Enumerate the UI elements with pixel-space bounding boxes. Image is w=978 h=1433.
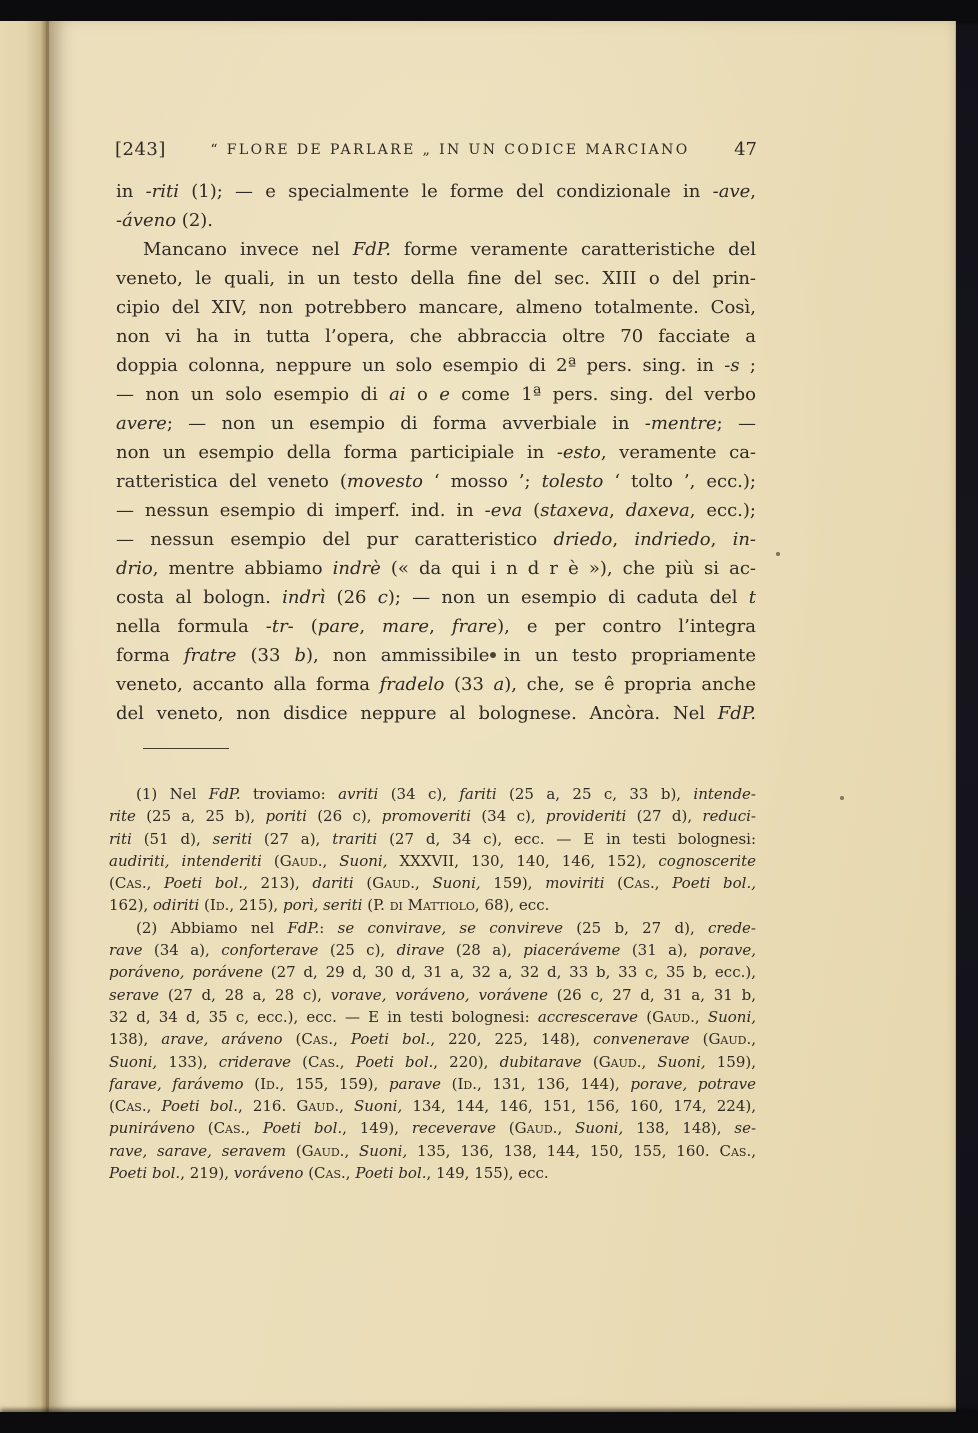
text-line: Suoni, 133), criderave (Cas., Poeti bol.…: [109, 1051, 756, 1073]
text-line: Mancano invece nel FdP. forme veramente …: [116, 235, 756, 264]
text-line: veneto, accanto alla forma fradelo (33 a…: [116, 670, 756, 699]
ink-spot: [490, 652, 496, 658]
ink-spot: [840, 796, 844, 800]
text-line: (2) Abbiamo nel FdP.: se convirave, se c…: [109, 917, 756, 939]
text-line: 138), arave, aráveno (Cas., Poeti bol., …: [109, 1028, 756, 1050]
text-line: 32 d, 34 d, 35 c, ecc.), ecc. — E in tes…: [109, 1006, 756, 1028]
footnotes: (1) Nel FdP. troviamo: avriti (34 c), fa…: [109, 783, 756, 1184]
text-line: avere; — non un esempio di forma avverbi…: [116, 409, 756, 438]
text-line: rave (34 a), conforterave (25 c), dirave…: [109, 939, 756, 961]
text-line: puniráveno (Cas., Poeti bol., 149), rece…: [109, 1117, 756, 1139]
main-text: in -riti (1); — e specialmente le forme …: [116, 177, 756, 728]
header-running-title: “ FLORE DE PARLARE „ IN UN CODICE MARCIA…: [166, 142, 734, 158]
text-line: poráveno, porávene (27 d, 29 d, 30 d, 31…: [109, 961, 756, 983]
text-line: ratteristica del veneto (movesto ‘ mosso…: [116, 467, 756, 496]
scanned-page: [243] “ FLORE DE PARLARE „ IN UN CODICE …: [46, 21, 956, 1414]
ink-spot: [776, 552, 780, 556]
page-header: [243] “ FLORE DE PARLARE „ IN UN CODICE …: [115, 139, 757, 161]
text-line: — nessun esempio di imperf. ind. in -eva…: [116, 496, 756, 525]
text-line: veneto, le quali, in un testo della fine…: [116, 264, 756, 293]
text-line: costa al bologn. indrì (26 c); — non un …: [116, 583, 756, 612]
adjacent-page-edge: [0, 21, 46, 1412]
text-line: nella formula -tr- (pare, mare, frare), …: [116, 612, 756, 641]
text-line: del veneto, non disdice neppure al bolog…: [116, 699, 756, 728]
text-line: (Cas., Poeti bol., 213), dariti (Gaud., …: [109, 872, 756, 894]
text-line: rite (25 a, 25 b), poriti (26 c), promov…: [109, 805, 756, 827]
text-line: Poeti bol., 219), voráveno (Cas., Poeti …: [109, 1162, 756, 1184]
text-line: cipio del XIV, non potrebbero mancare, a…: [116, 293, 756, 322]
scan-edge-top: [0, 0, 978, 21]
text-line: — nessun esempio del pur caratteristico …: [116, 525, 756, 554]
text-line: in -riti (1); — e specialmente le forme …: [116, 177, 756, 206]
footnote-separator: [143, 748, 229, 749]
header-page-number: 47: [734, 139, 757, 160]
text-line: audiriti, intenderiti (Gaud., Suoni, XXX…: [109, 850, 756, 872]
text-line: (Cas., Poeti bol., 216. Gaud., Suoni, 13…: [109, 1095, 756, 1117]
text-line: drio, mentre abbiamo indrè (« da qui i n…: [116, 554, 756, 583]
text-line: (1) Nel FdP. troviamo: avriti (34 c), fa…: [109, 783, 756, 805]
text-line: 162), odiriti (Id., 215), porì, seriti (…: [109, 894, 756, 916]
scan-edge-bottom: [0, 1412, 978, 1433]
header-folio: [243]: [115, 139, 166, 160]
text-line: — non un solo esempio di ai o e come 1ª …: [116, 380, 756, 409]
text-line: serave (27 d, 28 a, 28 c), vorave, voráv…: [109, 984, 756, 1006]
text-line: riti (51 d), seriti (27 a), trariti (27 …: [109, 828, 756, 850]
text-line: farave, farávemo (Id., 155, 159), parave…: [109, 1073, 756, 1095]
text-line: non un esempio della forma participiale …: [116, 438, 756, 467]
text-line: non vi ha in tutta l’opera, che abbracci…: [116, 322, 756, 351]
text-line: rave, sarave, seravem (Gaud., Suoni, 135…: [109, 1140, 756, 1162]
text-line: doppia colonna, neppure un solo esempio …: [116, 351, 756, 380]
text-line: forma fratre (33 b), non ammissibile in …: [116, 641, 756, 670]
text-line: -áveno (2).: [116, 206, 756, 235]
